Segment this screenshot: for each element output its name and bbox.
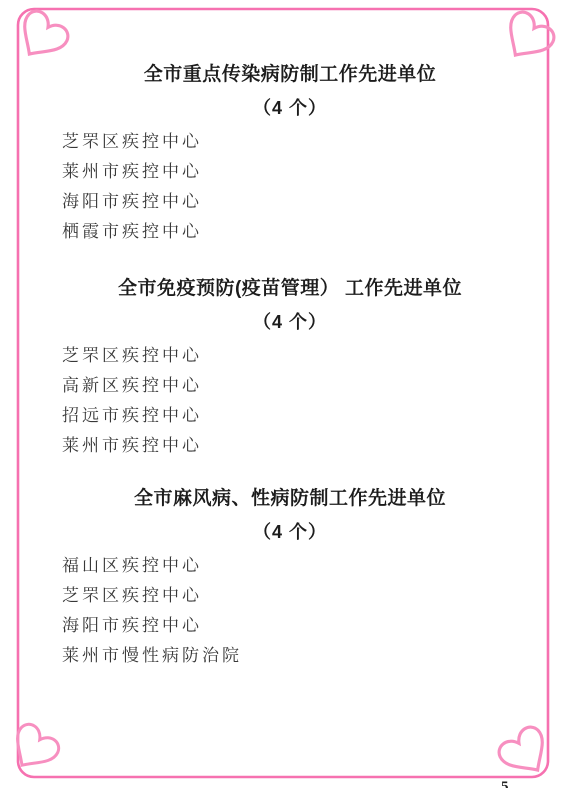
list-item: 芝罘区疾控中心 bbox=[62, 341, 550, 371]
award-unit-list: 芝罘区疾控中心 高新区疾控中心 招远市疾控中心 莱州市疾控中心 bbox=[30, 341, 550, 461]
section-infectious-disease-award: 全市重点传染病防制工作先进单位 （4 个） 芝罘区疾控中心 莱州市疾控中心 海阳… bbox=[30, 63, 550, 247]
section-count: （4 个） bbox=[30, 97, 550, 119]
heart-icon-bottom-left bbox=[4, 720, 63, 778]
section-title: 全市免疫预防(疫苗管理） 工作先进单位 bbox=[30, 277, 550, 300]
list-item: 栖霞市疾控中心 bbox=[62, 217, 550, 247]
list-item: 海阳市疾控中心 bbox=[62, 187, 550, 217]
list-item: 高新区疾控中心 bbox=[62, 371, 550, 401]
award-unit-list: 芝罘区疾控中心 莱州市疾控中心 海阳市疾控中心 栖霞市疾控中心 bbox=[30, 127, 550, 247]
document-page: 全市重点传染病防制工作先进单位 （4 个） 芝罘区疾控中心 莱州市疾控中心 海阳… bbox=[0, 0, 563, 788]
heart-icon-bottom-right bbox=[495, 723, 557, 784]
section-count: （4 个） bbox=[30, 521, 550, 543]
section-title: 全市麻风病、性病防制工作先进单位 bbox=[30, 487, 550, 510]
page-number: 5 bbox=[501, 779, 509, 788]
list-item: 招远市疾控中心 bbox=[62, 401, 550, 431]
section-immunization-award: 全市免疫预防(疫苗管理） 工作先进单位 （4 个） 芝罘区疾控中心 高新区疾控中… bbox=[30, 277, 550, 461]
award-unit-list: 福山区疾控中心 芝罘区疾控中心 海阳市疾控中心 莱州市慢性病防治院 bbox=[30, 551, 550, 671]
list-item: 莱州市慢性病防治院 bbox=[62, 641, 550, 671]
list-item: 海阳市疾控中心 bbox=[62, 611, 550, 641]
list-item: 莱州市疾控中心 bbox=[62, 157, 550, 187]
page-content: 全市重点传染病防制工作先进单位 （4 个） 芝罘区疾控中心 莱州市疾控中心 海阳… bbox=[30, 0, 550, 671]
list-item: 芝罘区疾控中心 bbox=[62, 581, 550, 611]
list-item: 福山区疾控中心 bbox=[62, 551, 550, 581]
section-leprosy-std-award: 全市麻风病、性病防制工作先进单位 （4 个） 福山区疾控中心 芝罘区疾控中心 海… bbox=[30, 487, 550, 671]
section-count: （4 个） bbox=[30, 311, 550, 333]
list-item: 芝罘区疾控中心 bbox=[62, 127, 550, 157]
section-title: 全市重点传染病防制工作先进单位 bbox=[30, 63, 550, 86]
list-item: 莱州市疾控中心 bbox=[62, 431, 550, 461]
